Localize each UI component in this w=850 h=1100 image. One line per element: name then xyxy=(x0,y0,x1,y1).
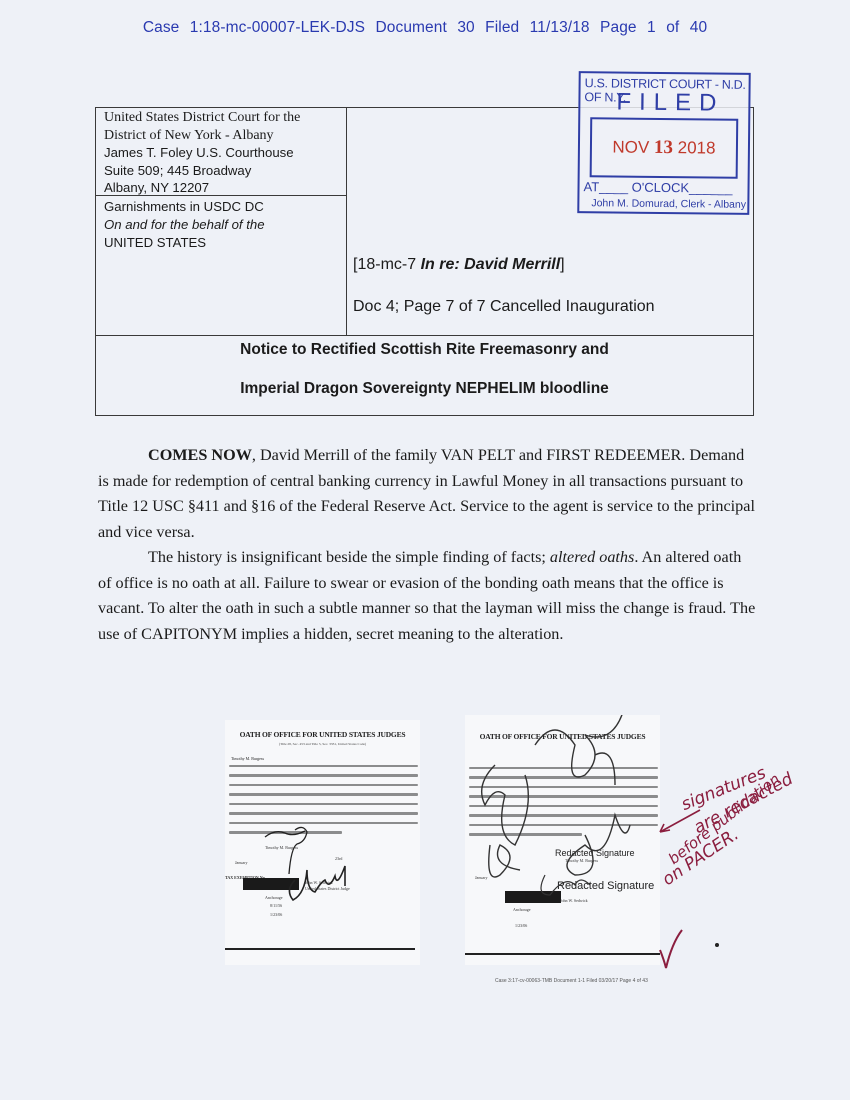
body-text: COMES NOW, David Merrill of the family V… xyxy=(98,443,758,647)
court-line-1: United States District Court for the xyxy=(104,109,346,127)
court-line-2: District of New York - Albany xyxy=(104,127,346,145)
court-line-5: Albany, NY 12207 xyxy=(104,179,346,197)
stamp-date: NOV 13 2018 xyxy=(592,136,736,160)
court-line-3: James T. Foley U.S. Courthouse xyxy=(104,144,346,162)
document-title: Notice to Rectified Scottish Rite Freema… xyxy=(96,335,753,415)
stamp-date-box: NOV 13 2018 xyxy=(590,117,739,179)
stamp-clerk: John M. Domurad, Clerk - Albany xyxy=(591,197,746,211)
case-number: [18-mc-7 In re: David Merrill] xyxy=(353,256,565,274)
stamp-filed-label: FILED xyxy=(616,89,724,118)
title-line-2: Imperial Dragon Sovereignty NEPHELIM blo… xyxy=(96,380,753,398)
filed-stamp: U.S. DISTRICT COURT - N.D. OF N.Y. FILED… xyxy=(577,71,750,215)
scribble-ink xyxy=(465,715,660,965)
signature-ink xyxy=(225,720,420,965)
party-line-1: Garnishments in USDC DC xyxy=(104,198,346,216)
party-line-3: UNITED STATES xyxy=(104,234,346,252)
party-line-2: On and for the behalf of the xyxy=(104,216,346,234)
court-line-4: Suite 509; 445 Broadway xyxy=(104,162,346,180)
title-line-1: Notice to Rectified Scottish Rite Freema… xyxy=(96,341,753,359)
party-cell: Garnishments in USDC DC On and for the b… xyxy=(96,196,347,335)
paragraph-2: The history is insignificant beside the … xyxy=(98,545,758,647)
case-name: In re: David Merrill xyxy=(421,256,561,273)
exhibit-oath-original: OATH OF OFFICE FOR UNITED STATES JUDGES … xyxy=(225,720,420,965)
court-address-cell: United States District Court for the Dis… xyxy=(96,108,347,196)
exhibit-oath-altered: OATH OF OFFICE FOR UNITED STATES JUDGES … xyxy=(465,715,660,965)
paragraph-1: COMES NOW, David Merrill of the family V… xyxy=(98,443,758,545)
stamp-at-oclock: AT____ O'CLOCK______ xyxy=(583,179,732,196)
doc-reference: Doc 4; Page 7 of 7 Cancelled Inauguratio… xyxy=(353,298,655,316)
exhibit-source-footer: Case 3:17-cv-00063-TMB Document 1-1 File… xyxy=(495,978,648,984)
ecf-header: Case 1:18-mc-00007-LEK-DJS Document 30 F… xyxy=(0,19,850,37)
